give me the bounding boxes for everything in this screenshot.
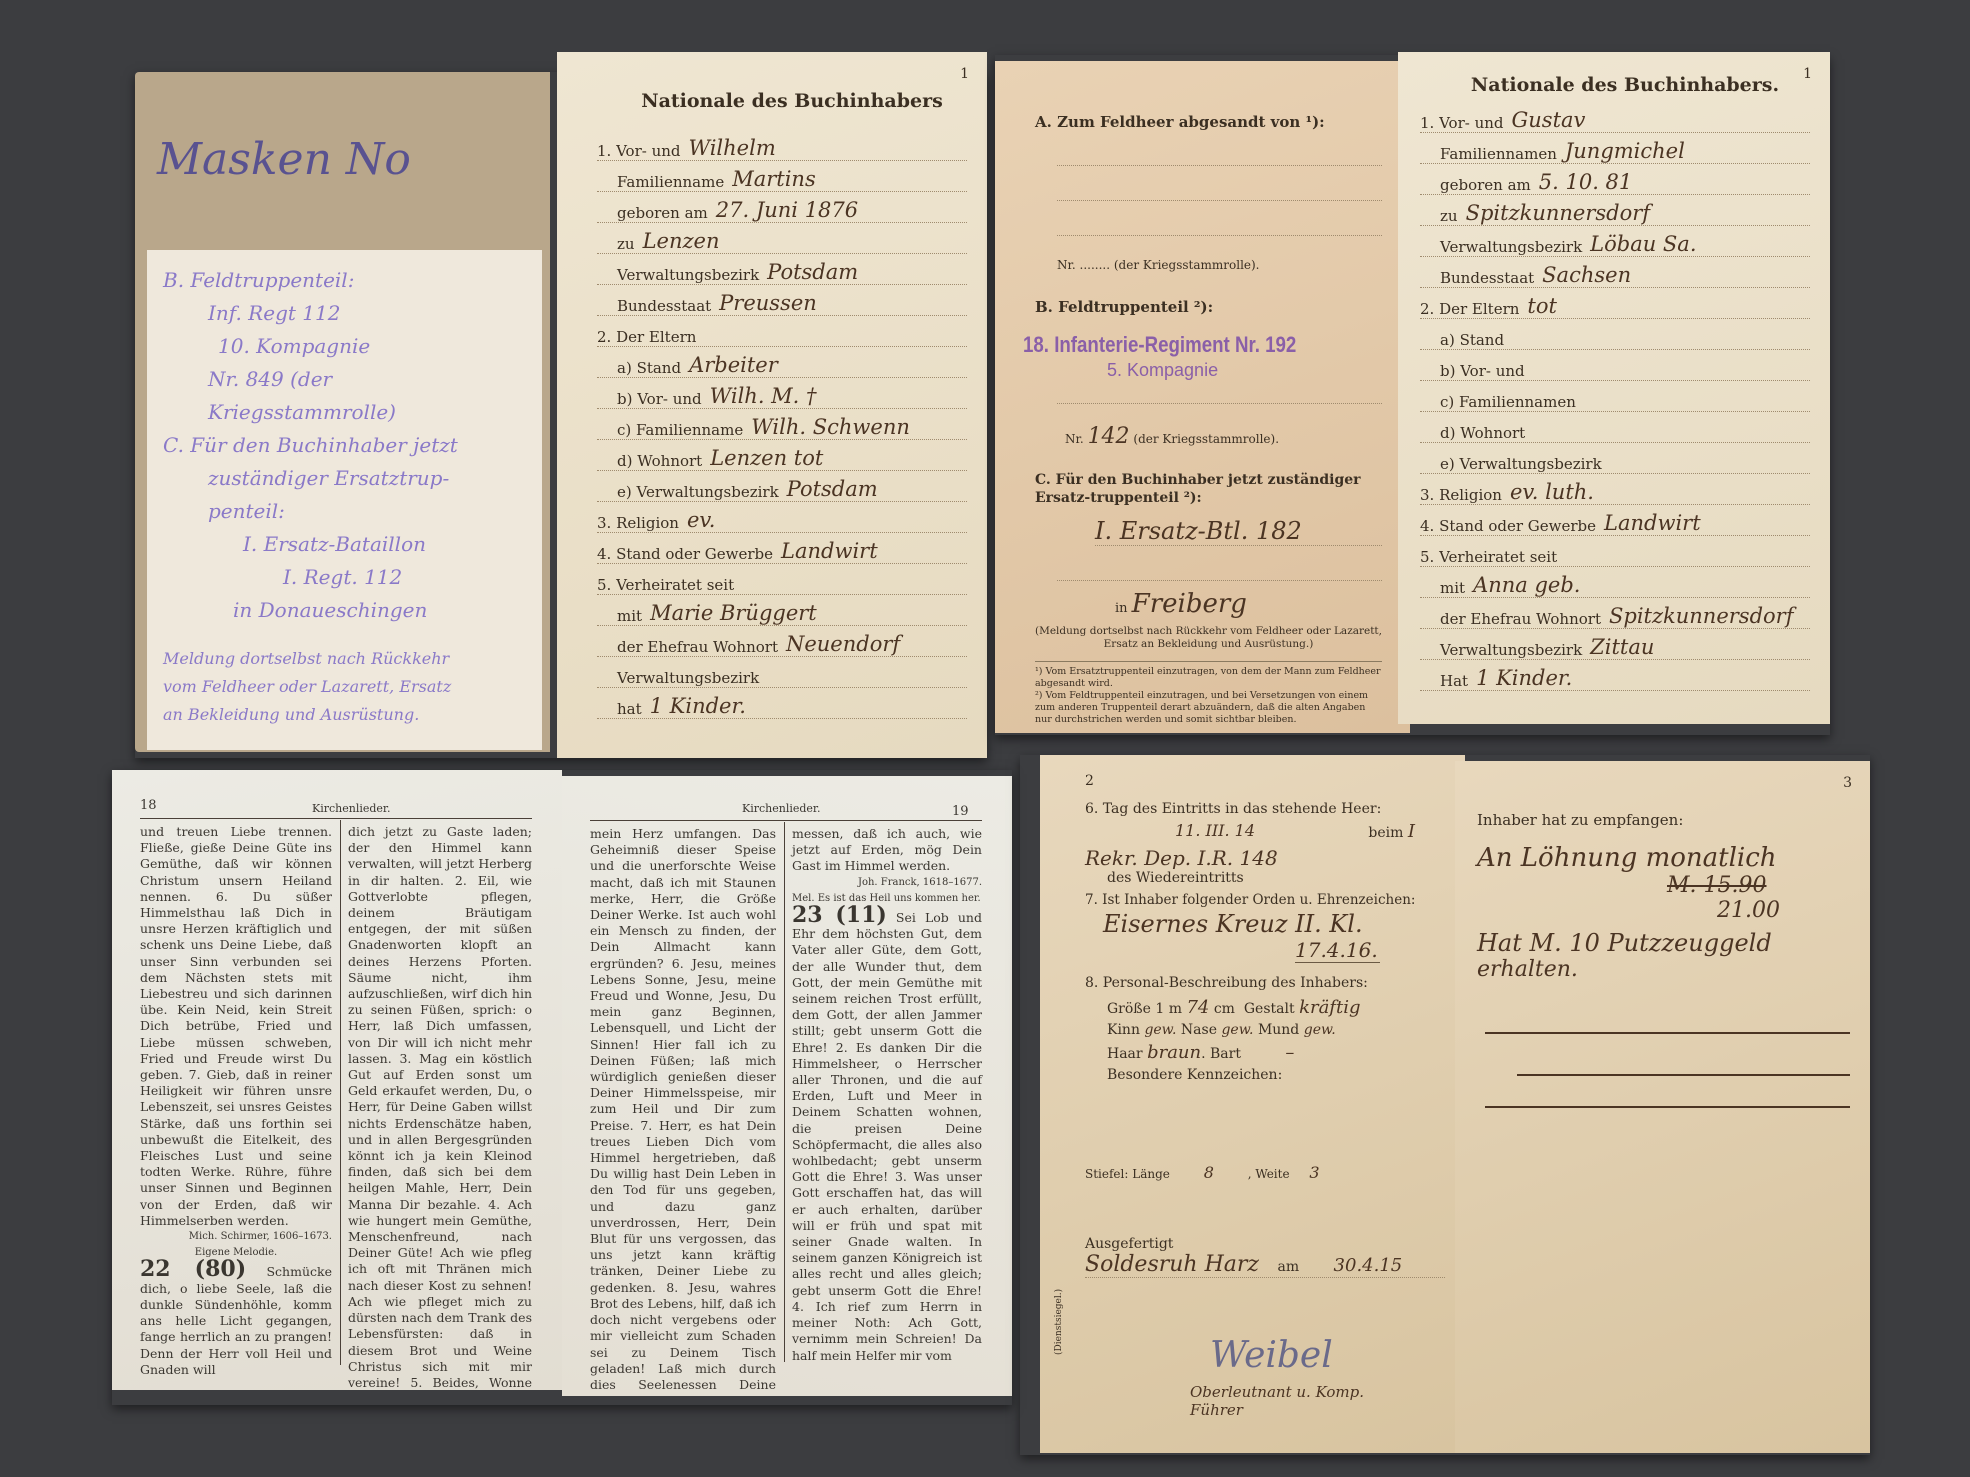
field-value: Wilh. M. † — [710, 384, 817, 408]
form-field-row: FamiliennamenJungmichel — [1420, 133, 1810, 164]
item-8-label: 8. Personal-Beschreibung des Inhabers: — [1085, 975, 1445, 991]
field-label: geboren am — [597, 204, 716, 222]
section-b-label: B. Feldtruppenteil ²): — [1035, 298, 1382, 316]
form-field-row: zuLenzen — [597, 223, 967, 254]
form-field-row: 1. Vor- undGustav — [1420, 102, 1810, 133]
field-label: 3. Religion — [597, 514, 687, 532]
groesse-value: 74 — [1186, 997, 1209, 1018]
note-line: zuständiger Ersatztrup- — [163, 462, 526, 495]
hymn-text: Schmücke dich, o liebe Seele, laß die du… — [140, 1264, 332, 1376]
note-line: Meldung dortselbst nach Rückkehr — [163, 645, 526, 673]
form-field-row: 2. Der Eltern — [597, 316, 967, 347]
form-field-row: a) StandArbeiter — [597, 347, 967, 378]
nase-value: gew. — [1221, 1022, 1253, 1038]
haar-value: braun — [1147, 1042, 1201, 1063]
form-field-row: b) Vor- und — [1420, 350, 1810, 381]
field-label: 2. Der Eltern — [1420, 300, 1527, 318]
page-number: 3 — [1843, 775, 1852, 791]
page-number: 1 — [960, 66, 969, 82]
field-label: mit — [597, 607, 650, 625]
pay-heading: Inhaber hat zu empfangen: — [1477, 811, 1850, 829]
field-label: d) Wohnort — [1420, 424, 1533, 442]
column-rule — [340, 820, 341, 1365]
section-c-label: C. Für den Buchinhaber jetzt zuständiger… — [1035, 471, 1382, 507]
field-value: Potsdam — [787, 477, 878, 501]
hymn-text: und treuen Liebe trennen. Fließe, gieße … — [140, 824, 332, 1228]
field-value: 5. 10. 81 — [1539, 170, 1633, 194]
field-value: Wilh. Schwenn — [751, 415, 910, 439]
field-label: zu — [597, 235, 643, 253]
field-value: Potsdam — [767, 260, 858, 284]
page-truppenteil: A. Zum Feldheer abgesandt von ¹): Nr. ..… — [995, 61, 1410, 733]
field-value: 1 Kinder. — [1476, 666, 1572, 690]
field-label: c) Familiennamen — [1420, 393, 1584, 411]
dienstsiegel-label: (Dienstsiegel.) — [1054, 1289, 1064, 1355]
field-label: c) Familienname — [597, 421, 751, 439]
dotted-line — [1057, 131, 1382, 166]
in-line: in Freiberg — [1115, 589, 1382, 619]
bart-label: Bart — [1210, 1046, 1241, 1062]
nase-label: Nase — [1181, 1022, 1217, 1038]
wiedereintritt-label: des Wiedereintritts — [1107, 870, 1445, 886]
field-value: Preussen — [719, 291, 817, 315]
form-fields: 1. Vor- undGustavFamiliennamenJungmichel… — [1420, 102, 1830, 691]
page-number: 1 — [1803, 66, 1812, 82]
form-field-row: 1. Vor- undWilhelm — [597, 130, 967, 161]
field-value: Martins — [732, 167, 816, 191]
form-field-row: c) FamiliennameWilh. Schwenn — [597, 409, 967, 440]
footnote-2: ²) Vom Feldtruppenteil einzutragen, und … — [1035, 690, 1382, 726]
field-label: b) Vor- und — [597, 390, 710, 408]
page-nationale-martins: 1 Nationale des Buchinhabers 1. Vor- und… — [557, 52, 987, 758]
field-value: 1 Kinder. — [650, 694, 746, 718]
form-field-row: c) Familiennamen — [1420, 381, 1810, 412]
field-label: 5. Verheiratet seit — [1420, 548, 1565, 566]
decoration-value: Eisernes Kreuz II. Kl. — [1103, 910, 1445, 938]
unit-stamp-line2: 5. Kompagnie — [1107, 360, 1382, 381]
form-field-row: a) Stand — [1420, 319, 1810, 350]
section-a-label: A. Zum Feldheer abgesandt von ¹): — [1035, 113, 1382, 131]
boot-line: Stiefel: Länge 8 , Weite 3 — [1085, 1163, 1445, 1182]
size-line: Größe 1 m 74 cm Gestalt kräftig — [1107, 997, 1445, 1018]
page-nationale-jungmichel: 1 Nationale des Buchinhabers. 1. Vor- un… — [1398, 52, 1830, 724]
field-value: Spitzkunnersdorf — [1609, 604, 1794, 628]
hymn-text: mein Herz umfangen. Das Geheimniß dieser… — [590, 826, 776, 1396]
field-label: 3. Religion — [1420, 486, 1510, 504]
gestalt-value: kräftig — [1299, 997, 1360, 1018]
dotted-line — [1057, 201, 1382, 236]
form-field-row: VerwaltungsbezirkZittau — [1420, 629, 1810, 660]
form-field-row: hat1 Kinder. — [597, 688, 967, 719]
kinn-value: gew. — [1144, 1022, 1176, 1038]
field-value: Anna geb. — [1473, 573, 1580, 597]
field-label: geboren am — [1420, 176, 1539, 194]
page-title: Nationale des Buchinhabers — [597, 90, 987, 112]
field-label: Hat — [1420, 672, 1476, 690]
issued-line: Soldesruh Harz am 30.4.15 — [1085, 1252, 1445, 1278]
field-label: Familiennamen — [1420, 145, 1565, 163]
form-field-row: geboren am27. Juni 1876 — [597, 192, 967, 223]
weite-value: 3 — [1309, 1163, 1319, 1182]
note-line: 10. Kompagnie — [163, 330, 526, 363]
form-field-row: 4. Stand oder GewerbeLandwirt — [597, 533, 967, 564]
nr-label: Nr. — [1065, 432, 1084, 446]
note-line: Nr. 849 (der Kriegsstammrolle) — [163, 363, 526, 429]
field-label: Bundesstaat — [597, 297, 719, 315]
stiefel-value: 8 — [1204, 1163, 1214, 1182]
form-field-row: VerwaltungsbezirkPotsdam — [597, 254, 967, 285]
issued-place: Soldesruh Harz — [1085, 1252, 1259, 1277]
hymn-text: messen, daß ich auch, wie jetzt auf Erde… — [792, 826, 982, 873]
form-field-row: e) VerwaltungsbezirkPotsdam — [597, 471, 967, 502]
hymn-column: dich jetzt zu Gaste laden; der den Himme… — [348, 824, 532, 1390]
field-label: hat — [597, 700, 650, 718]
field-label: mit — [1420, 579, 1473, 597]
form-field-row: BundesstaatPreussen — [597, 285, 967, 316]
field-value: Landwirt — [1604, 511, 1701, 535]
field-label: Verwaltungsbezirk — [1420, 641, 1590, 659]
item-6-label: 6. Tag des Eintritts in das stehende Hee… — [1085, 801, 1445, 817]
field-label: Verwaltungsbezirk — [597, 266, 767, 284]
officer-title: Oberleutnant u. Komp. Führer — [1190, 1383, 1390, 1419]
running-head: Kirchenlieder. — [312, 802, 390, 815]
hymnal-page-19: Kirchenlieder. 19 mein Herz umfangen. Da… — [562, 776, 1012, 1396]
hymn-column: mein Herz umfangen. Das Geheimniß dieser… — [590, 826, 776, 1396]
field-label: 1. Vor- und — [1420, 114, 1512, 132]
hymn-attribution: Joh. Franck, 1618–1677. — [792, 875, 982, 891]
field-value: Spitzkunnersdorf — [1466, 201, 1651, 225]
form-field-row: Verwaltungsbezirk — [597, 657, 967, 688]
field-label: der Ehefrau Wohnort — [1420, 610, 1609, 628]
am-label: am — [1277, 1259, 1299, 1275]
bart-value: – — [1285, 1042, 1294, 1063]
in-value: Freiberg — [1132, 589, 1247, 619]
form-field-row: geboren am5. 10. 81 — [1420, 164, 1810, 195]
field-label: a) Stand — [597, 359, 689, 377]
form-field-row: e) Verwaltungsbezirk — [1420, 443, 1810, 474]
hymn-number: 22 (80) — [140, 1256, 246, 1282]
form-field-row: mitAnna geb. — [1420, 567, 1810, 598]
field-value: Wilhelm — [689, 136, 776, 160]
mund-label: Mund — [1258, 1022, 1299, 1038]
field-label: 5. Verheiratet seit — [597, 576, 742, 594]
in-label: in — [1115, 601, 1128, 616]
soldbuch-pages-2-3: 2 6. Tag des Eintritts in das stehende H… — [1020, 755, 1870, 1455]
form-field-row: Hat1 Kinder. — [1420, 660, 1810, 691]
form-field-row: mitMarie Brüggert — [597, 595, 967, 626]
note-line: vom Feldheer oder Lazarett, Ersatz — [163, 673, 526, 701]
field-label: der Ehefrau Wohnort — [597, 638, 786, 656]
mund-value: gew. — [1304, 1022, 1336, 1038]
field-value: ev. — [687, 508, 715, 532]
field-value: Lenzen — [643, 229, 720, 253]
field-value: Gustav — [1512, 108, 1586, 132]
page-number: 2 — [1085, 773, 1445, 789]
kinn-label: Kinn — [1107, 1022, 1140, 1038]
form-field-row: BundesstaatSachsen — [1420, 257, 1810, 288]
head-rule — [590, 820, 982, 821]
groesse-label: Größe 1 m — [1107, 1001, 1182, 1017]
head-rule — [140, 818, 532, 819]
note-line: I. Ersatz-Bataillon — [163, 528, 526, 561]
pay-line-2: Hat M. 10 Putzzeuggeld — [1477, 929, 1850, 957]
meldung-note: (Meldung dortselbst nach Rückkehr vom Fe… — [1035, 625, 1382, 651]
field-label: a) Stand — [1420, 331, 1512, 349]
note-line: in Donaueschingen — [163, 594, 526, 627]
field-label: b) Vor- und — [1420, 362, 1533, 380]
ausgefertigt-label: Ausgefertigt — [1085, 1236, 1445, 1252]
form-field-row: 3. Religionev. — [597, 502, 967, 533]
form-field-row: VerwaltungsbezirkLöbau Sa. — [1420, 226, 1810, 257]
form-field-row: d) WohnortLenzen tot — [597, 440, 967, 471]
field-label: 4. Stand oder Gewerbe — [1420, 517, 1604, 535]
item-6-line: 11. III. 14 beim I — [1175, 821, 1415, 842]
form-field-row: 3. Religionev. luth. — [1420, 474, 1810, 505]
ersatz-unit-value: I. Ersatz-Btl. 182 — [1095, 517, 1382, 546]
note-line: penteil: — [163, 495, 526, 528]
decoration-date: 17.4.16. — [1295, 938, 1380, 963]
unit-stamp-line1: 18. Infanterie-Regiment Nr. 192 — [1023, 332, 1328, 358]
enlistment-unit: Rekr. Dep. I.R. 148 — [1085, 846, 1445, 870]
face-line: Kinn gew. Nase gew. Mund gew. — [1107, 1022, 1445, 1038]
footnote-1: ¹) Vom Ersatztruppenteil einzutragen, vo… — [1035, 661, 1382, 690]
kennzeichen-label: Besondere Kennzeichen: — [1107, 1067, 1445, 1083]
note-line: B. Feldtruppenteil: — [163, 264, 526, 297]
field-value: Zittau — [1590, 635, 1654, 659]
nr-line-a: Nr. ........ (der Kriegsstammrolle). — [1057, 258, 1382, 272]
field-value: Sachsen — [1542, 263, 1631, 287]
cover-writing: Masken No — [157, 134, 411, 185]
field-label: e) Verwaltungsbezirk — [597, 483, 787, 501]
page-3-pay: 3 Inhaber hat zu empfangen: An Löhnung m… — [1455, 761, 1870, 1453]
cm-label: cm — [1214, 1001, 1235, 1017]
field-value: ev. luth. — [1510, 480, 1594, 504]
nr-suffix: (der Kriegsstammrolle). — [1133, 432, 1279, 446]
field-label: e) Verwaltungsbezirk — [1420, 455, 1610, 473]
field-label: Familienname — [597, 173, 732, 191]
field-value: Arbeiter — [689, 353, 778, 377]
field-label: d) Wohnort — [597, 452, 710, 470]
haar-label: Haar — [1107, 1046, 1143, 1062]
column-rule — [784, 822, 785, 1362]
field-label: 4. Stand oder Gewerbe — [597, 545, 781, 563]
ruled-line — [1485, 1106, 1850, 1108]
form-field-row: 2. Der Elterntot — [1420, 288, 1810, 319]
weite-label: , Weite — [1248, 1167, 1290, 1181]
form-field-row: b) Vor- undWilh. M. † — [597, 378, 967, 409]
field-value: 27. Juni 1876 — [716, 198, 858, 222]
hair-line: Haar braun. Bart – — [1107, 1042, 1445, 1063]
field-value: Löbau Sa. — [1590, 232, 1696, 256]
ruled-line — [1485, 1032, 1850, 1034]
beim-value: I — [1408, 821, 1415, 842]
form-field-row: der Ehefrau WohnortNeuendorf — [597, 626, 967, 657]
gestalt-label: Gestalt — [1244, 1001, 1295, 1017]
running-head: Kirchenlieder. — [742, 802, 820, 815]
issued-date: 30.4.15 — [1334, 1255, 1403, 1276]
field-value: Neuendorf — [786, 632, 900, 656]
dotted-line — [1057, 546, 1382, 581]
enlistment-date: 11. III. 14 — [1175, 821, 1255, 842]
page-2-service: 2 6. Tag des Eintritts in das stehende H… — [1040, 755, 1465, 1453]
soldbuch-jungmichel: A. Zum Feldheer abgesandt von ¹): Nr. ..… — [995, 55, 1830, 735]
form-field-row: 5. Verheiratet seit — [597, 564, 967, 595]
field-label: zu — [1420, 207, 1466, 225]
form-field-row: 4. Stand oder GewerbeLandwirt — [1420, 505, 1810, 536]
stiefel-label: Stiefel: Länge — [1085, 1167, 1170, 1181]
form-field-row: FamiliennameMartins — [597, 161, 967, 192]
hymn-text: Sei Lob und Ehr dem höchsten Gut, dem Va… — [792, 910, 982, 1362]
note-line: I. Regt. 112 — [163, 561, 526, 594]
page-number: 18 — [140, 798, 157, 813]
photo-background: { "book1": { "cover_writing": "Masken No… — [0, 0, 1970, 1477]
form-field-row: 5. Verheiratet seit — [1420, 536, 1810, 567]
hymnal: 18 Kirchenlieder. und treuen Liebe trenn… — [112, 770, 1012, 1405]
field-label: Verwaltungsbezirk — [1420, 238, 1590, 256]
officer-signature: Weibel — [1210, 1335, 1333, 1376]
page-number: 19 — [952, 804, 969, 819]
nr-line-b: Nr. 142 (der Kriegsstammrolle). — [1065, 424, 1382, 449]
field-value: Marie Brüggert — [650, 601, 817, 625]
item-7-label: 7. Ist Inhaber folgender Orden u. Ehrenz… — [1085, 892, 1445, 908]
pay-line-1: An Löhnung monatlich — [1477, 843, 1850, 873]
form-field-row: zuSpitzkunnersdorf — [1420, 195, 1810, 226]
form-field-row: d) Wohnort — [1420, 412, 1810, 443]
form-fields: 1. Vor- undWilhelmFamiliennameMartinsgeb… — [597, 130, 987, 719]
hymn-attribution: Mich. Schirmer, 1606–1673. — [140, 1229, 332, 1245]
ruled-line — [1517, 1074, 1850, 1076]
field-label: Bundesstaat — [1420, 269, 1542, 287]
pay-amount-new: 21.00 — [1717, 898, 1850, 923]
field-label: Verwaltungsbezirk — [597, 669, 767, 687]
note-line: an Bekleidung und Ausrüstung. — [163, 701, 526, 729]
field-value: Jungmichel — [1565, 139, 1685, 163]
nr-value: 142 — [1088, 424, 1130, 449]
hymn-text: dich jetzt zu Gaste laden; der den Himme… — [348, 824, 532, 1390]
field-label: 2. Der Eltern — [597, 328, 704, 346]
field-value: Lenzen tot — [710, 446, 823, 470]
page-title: Nationale des Buchinhabers. — [1420, 74, 1830, 96]
dotted-line — [1057, 166, 1382, 201]
note-line: C. Für den Buchinhaber jetzt — [163, 429, 526, 462]
field-label: 1. Vor- und — [597, 142, 689, 160]
hymn-column: messen, daß ich auch, wie jetzt auf Erde… — [792, 826, 982, 1364]
hymnal-page-18: 18 Kirchenlieder. und treuen Liebe trenn… — [112, 770, 562, 1390]
pay-amount-old: M. 15.90 — [1667, 873, 1850, 898]
pay-line-3: erhalten. — [1477, 957, 1850, 982]
hymn-column: und treuen Liebe trennen. Fließe, gieße … — [140, 824, 332, 1378]
form-field-row: der Ehefrau WohnortSpitzkunnersdorf — [1420, 598, 1810, 629]
field-value: tot — [1527, 294, 1557, 318]
beim-label: beim — [1368, 825, 1403, 841]
dotted-line — [1057, 381, 1382, 404]
field-value: Landwirt — [781, 539, 878, 563]
note-line: Inf. Regt 112 — [163, 297, 526, 330]
soldbuch-martins: Masken No B. Feldtruppenteil: Inf. Regt … — [135, 72, 987, 758]
inserted-note: B. Feldtruppenteil: Inf. Regt 112 10. Ko… — [147, 250, 542, 750]
hymn-number: 23 (11) — [792, 902, 887, 928]
